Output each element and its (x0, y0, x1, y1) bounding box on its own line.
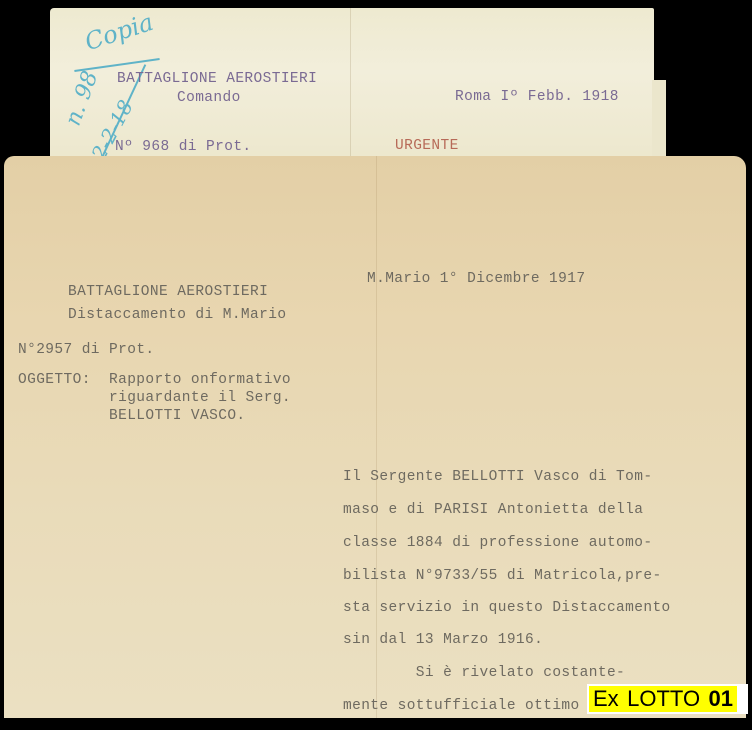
body-line: classe 1884 di professione automo- (343, 535, 652, 551)
lot-label-highlight: Ex LOTTO 01 (589, 686, 737, 712)
front-date: M.Mario 1° Dicembre 1917 (367, 271, 585, 287)
body-line: sin dal 13 Marzo 1916. (343, 632, 543, 648)
subject-line: BELLOTTI VASCO. (109, 408, 246, 424)
handwritten-stroke (74, 58, 159, 72)
front-protocol: N°2957 di Prot. (18, 342, 155, 358)
front-header-line1: BATTAGLIONE AEROSTIERI (68, 284, 268, 300)
lot-word: LOTTO (627, 686, 700, 712)
back-header-line1: BATTAGLIONE AEROSTIERI (117, 71, 317, 87)
back-date: Roma Iº Febb. 1918 (455, 89, 619, 105)
body-line: maso e di PARISI Antonietta della (343, 502, 643, 518)
body-line: Il Sergente BELLOTTI Vasco di Tom- (343, 469, 652, 485)
lot-label: Ex LOTTO 01 (587, 684, 748, 714)
body-line: bilista N°9733/55 di Matricola,pre- (343, 568, 662, 584)
back-header-line2: Comando (177, 90, 241, 106)
subject-line: Rapporto onformativo (109, 372, 291, 388)
back-letter: Copia n. 98 2-2-18 BATTAGLIONE AEROSTIER… (50, 8, 654, 168)
body-line: sta servizio in questo Distaccamento (343, 600, 671, 616)
front-header-line2: Distaccamento di M.Mario (68, 307, 286, 323)
urgent-label: URGENTE (395, 138, 459, 154)
paper-crease (350, 8, 351, 168)
front-letter: BATTAGLIONE AEROSTIERI Distaccamento di … (4, 156, 746, 718)
subject-line: riguardante il Serg. (109, 390, 291, 406)
body-line: Si è rivelato costante- (343, 665, 625, 681)
handwritten-copia: Copia (81, 8, 156, 56)
lot-number: 01 (709, 686, 733, 712)
lot-prefix: Ex (593, 686, 619, 712)
paper-fold (652, 80, 666, 168)
handwritten-ref: n. 98 (61, 68, 104, 129)
subject-label: OGGETTO: (18, 372, 91, 388)
back-protocol: Nº 968 di Prot. (115, 139, 252, 155)
